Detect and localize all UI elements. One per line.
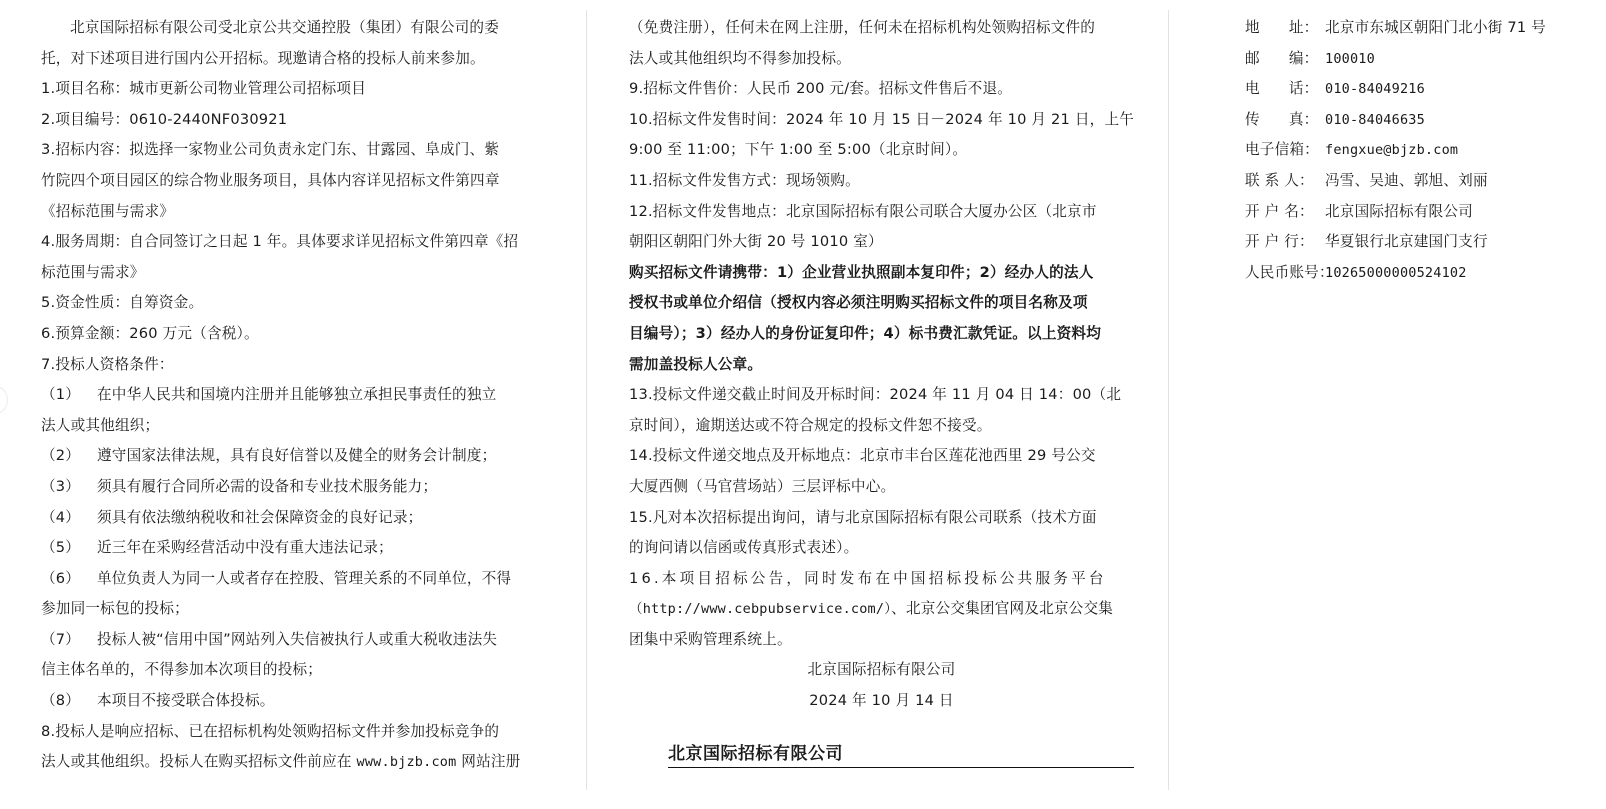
submission-location-cont: 大厦西侧（马官营场站）三层评标中心。: [629, 472, 1134, 503]
submission-deadline-cont: 京时间），逾期送达或不符合规定的投标文件恕不接受。: [629, 411, 1134, 442]
project-number: 2.项目编号：0610-2440NF030921: [41, 105, 551, 136]
service-period-cont: 标范围与需求》: [41, 258, 551, 289]
account-bank: 开 户 行：华夏银行北京建国门支行: [1245, 227, 1595, 258]
document-column-1: 北京国际招标有限公司受北京公共交通控股（集团）有限公司的委 托，对下述项目进行国…: [41, 13, 551, 778]
sale-method: 11.招标文件发售方式：现场领购。: [629, 166, 1134, 197]
publication-notice-cont: （http://www.cebpubservice.com/）、北京公交集团官网…: [629, 594, 1134, 625]
issue-date: 2024 年 10 月 14 日: [629, 686, 1134, 717]
publication-notice-cont: 团集中采购管理系统上。: [629, 625, 1134, 656]
page-divider: [1168, 10, 1169, 790]
qualification-item: （1）在中华人民共和国境内注册并且能够独立承担民事责任的独立: [41, 380, 551, 411]
bidder-requirement-cont: 法人或其他组织均不得参加投标。: [629, 44, 1134, 75]
budget-amount: 6.预算金额：260 万元（含税）。: [41, 319, 551, 350]
qualification-item: （2）遵守国家法律法规，具有良好信誉以及健全的财务会计制度；: [41, 441, 551, 472]
qualification-item: （4）须具有依法缴纳税收和社会保障资金的良好记录；: [41, 503, 551, 534]
document-column-2: （免费注册），任何未在网上注册，任何未在招标机构处领购招标文件的 法人或其他组织…: [629, 13, 1134, 717]
document-column-3: 地 址：北京市东城区朝阳门北小街 71 号 邮 编：100010 电 话：010…: [1245, 13, 1595, 288]
bidder-requirement: 8.投标人是响应招标、已在招标机构处领购招标文件并参加投标竞争的: [41, 717, 551, 748]
required-materials: 购买招标文件请携带：1）企业营业执照副本复印件；2）经办人的法人: [629, 258, 1134, 289]
qualification-item: （8）本项目不接受联合体投标。: [41, 686, 551, 717]
qualification-item-cont: 法人或其他组织；: [41, 411, 551, 442]
qualification-item: （5）近三年在采购经营活动中没有重大违法记录；: [41, 533, 551, 564]
qualification-item: （6）单位负责人为同一人或者存在控股、管理关系的不同单位，不得: [41, 564, 551, 595]
contact-phone: 电 话：010-84049216: [1245, 74, 1595, 105]
tender-content: 3.招标内容：拟选择一家物业公司负责永定门东、甘露园、阜成门、紫: [41, 135, 551, 166]
tender-content-cont: 《招标范围与需求》: [41, 197, 551, 228]
intro-text-cont: 托，对下述项目进行国内公开招标。现邀请合格的投标人前来参加。: [41, 44, 551, 75]
issuer-name: 北京国际招标有限公司: [629, 655, 1134, 686]
bjzb-link[interactable]: www.bjzb.com: [357, 754, 457, 770]
qualification-item-cont: 参加同一标包的投标；: [41, 594, 551, 625]
intro-text: 北京国际招标有限公司受北京公共交通控股（集团）有限公司的委: [41, 13, 551, 44]
tender-content-cont: 竹院四个项目园区的综合物业服务项目，具体内容详见招标文件第四章: [41, 166, 551, 197]
sale-time-cont: 9:00 至 11:00；下午 1:00 至 5:00（北京时间）。: [629, 135, 1134, 166]
project-name: 1.项目名称：城市更新公司物业管理公司招标项目: [41, 74, 551, 105]
contact-postcode: 邮 编：100010: [1245, 44, 1595, 75]
sale-time: 10.招标文件发售时间：2024 年 10 月 15 日－2024 年 10 月…: [629, 105, 1134, 136]
email-link[interactable]: fengxue@bjzb.com: [1325, 135, 1458, 166]
submission-location: 14.投标文件递交地点及开标地点：北京市丰台区莲花池西里 29 号公交: [629, 441, 1134, 472]
fund-nature: 5.资金性质：自筹资金。: [41, 288, 551, 319]
cebpubservice-link[interactable]: （http://www.cebpubservice.com/）: [629, 601, 891, 617]
qualification-heading: 7.投标人资格条件：: [41, 350, 551, 381]
contact-fax: 传 真：010-84046635: [1245, 105, 1595, 136]
sale-location: 12.招标文件发售地点：北京国际招标有限公司联合大厦办公区（北京市: [629, 197, 1134, 228]
sale-location-cont: 朝阳区朝阳门外大街 20 号 1010 室）: [629, 227, 1134, 258]
publication-notice: 16.本项目招标公告，同时发布在中国招标投标公共服务平台: [629, 564, 1134, 595]
required-materials-cont: 授权书或单位介绍信（授权内容必须注明购买招标文件的项目名称及项: [629, 288, 1134, 319]
page-divider: [586, 10, 587, 790]
inquiry-contact-cont: 的询问请以信函或传真形式表述）。: [629, 533, 1134, 564]
contact-address: 地 址：北京市东城区朝阳门北小街 71 号: [1245, 13, 1595, 44]
qualification-item-cont: 信主体名单的，不得参加本次项目的投标；: [41, 655, 551, 686]
page-edge-handle: [0, 385, 8, 415]
contact-persons: 联 系 人：冯雪、吴迪、郭旭、刘丽: [1245, 166, 1595, 197]
submission-deadline: 13.投标文件递交截止时间及开标时间：2024 年 11 月 04 日 14：0…: [629, 380, 1134, 411]
bidder-requirement-cont: （免费注册），任何未在网上注册，任何未在招标机构处领购招标文件的: [629, 13, 1134, 44]
bidder-requirement-cont: 法人或其他组织。投标人在购买招标文件前应在 www.bjzb.com 网站注册: [41, 747, 551, 778]
document-price: 9.招标文件售价：人民币 200 元/套。招标文件售后不退。: [629, 74, 1134, 105]
signature-company: 北京国际招标有限公司: [668, 742, 1134, 768]
rmb-account-number: 人民币账号：10265000000524102: [1245, 258, 1595, 289]
required-materials-cont: 目编号）；3）经办人的身份证复印件；4）标书费汇款凭证。以上资料均: [629, 319, 1134, 350]
inquiry-contact: 15.凡对本次招标提出询问，请与北京国际招标有限公司联系（技术方面: [629, 503, 1134, 534]
qualification-item: （7）投标人被“信用中国”网站列入失信被执行人或重大税收违法失: [41, 625, 551, 656]
required-materials-cont: 需加盖投标人公章。: [629, 350, 1134, 381]
contact-email: 电子信箱：fengxue@bjzb.com: [1245, 135, 1595, 166]
service-period: 4.服务周期：自合同签订之日起 1 年。具体要求详见招标文件第四章《招: [41, 227, 551, 258]
qualification-item: （3）须具有履行合同所必需的设备和专业技术服务能力；: [41, 472, 551, 503]
account-name: 开 户 名：北京国际招标有限公司: [1245, 197, 1595, 228]
